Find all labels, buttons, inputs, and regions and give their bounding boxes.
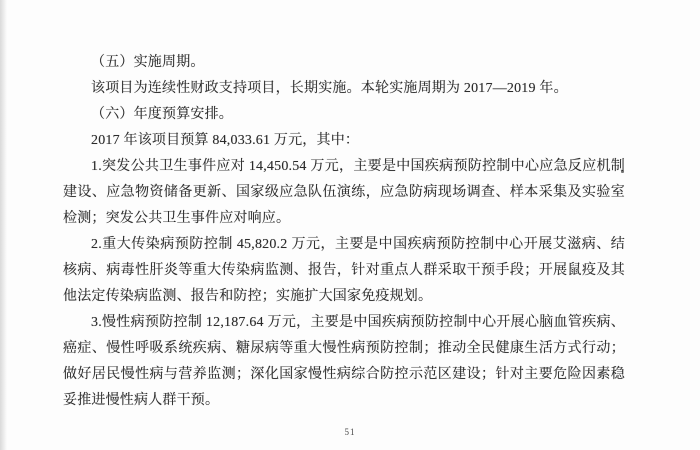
paragraph: 2017 年该项目预算 84,033.61 万元，其中： [63,128,625,154]
paragraph: 该项目为连续性财政支持项目，长期实施。本轮实施周期为 2017—2019 年。 [63,76,625,102]
paragraph: 2.重大传染病预防控制 45,820.2 万元，主要是中国疾病预防控制中心开展艾… [63,232,625,310]
document-body: （五）实施周期。该项目为连续性财政支持项目，长期实施。本轮实施周期为 2017—… [63,50,625,414]
page-number: 51 [0,427,700,437]
document-page: （五）实施周期。该项目为连续性财政支持项目，长期实施。本轮实施周期为 2017—… [0,0,700,450]
paragraph: （五）实施周期。 [63,50,625,76]
paragraph: （六）年度预算安排。 [63,102,625,128]
scan-edge-shading [0,0,7,450]
paragraph: 1.突发公共卫生事件应对 14,450.54 万元，主要是中国疾病预防控制中心应… [63,154,625,232]
paragraph: 3.慢性病预防控制 12,187.64 万元，主要是中国疾病预防控制中心开展心脑… [63,310,625,414]
